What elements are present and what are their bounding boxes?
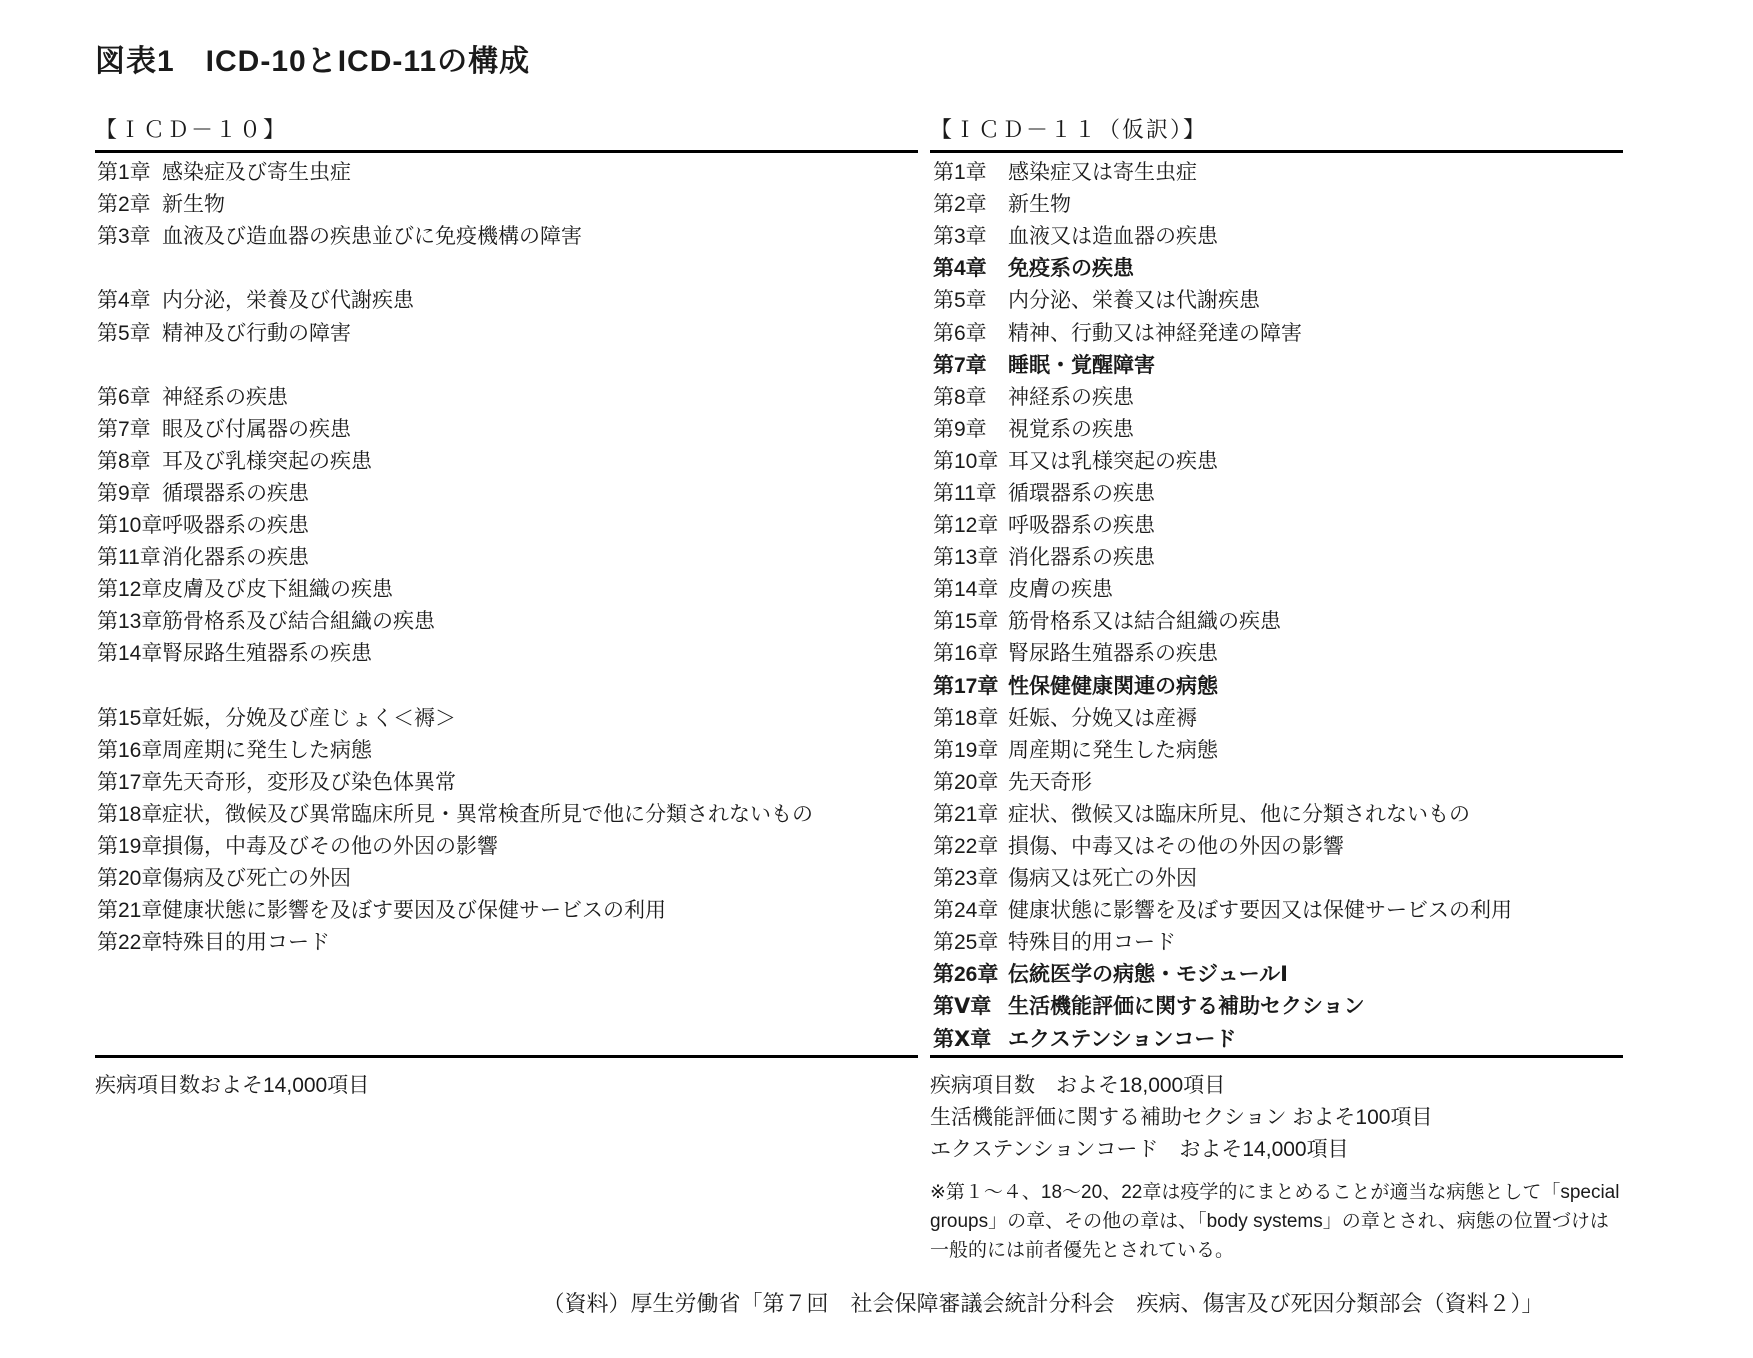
chapter-number: 第23章	[933, 862, 1008, 892]
chapter-row: 第23章傷病又は死亡の外因	[933, 861, 1623, 893]
chapter-number: 第3章	[97, 220, 162, 250]
chapter-title: エクステンションコード	[1008, 1023, 1623, 1053]
icd10-item-count: 疾病項目数およそ14,000項目	[95, 1070, 918, 1102]
chapter-title: 内分泌，栄養及び代謝疾患	[162, 284, 918, 314]
chapter-title: 耳又は乳様突起の疾患	[1008, 445, 1623, 475]
chapter-title: 伝統医学の病態・モジュールⅠ	[1008, 958, 1623, 988]
chapter-title: 周産期に発生した病態	[1008, 734, 1623, 764]
chapter-number: 第14章	[933, 573, 1008, 603]
chapter-title: 筋骨格系及び結合組織の疾患	[162, 605, 918, 635]
chapter-row: 第3章血液及び造血器の疾患並びに免疫機構の障害	[97, 219, 918, 251]
chapter-row: 第11章消化器系の疾患	[97, 540, 918, 572]
chapter-title: 性保健健康関連の病態	[1008, 670, 1623, 700]
chapter-row: 第10章呼吸器系の疾患	[97, 508, 918, 540]
chapter-title: 症状，徴候及び異常臨床所見・異常検査所見で他に分類されないもの	[162, 798, 918, 828]
chapter-number: 第3章	[933, 220, 1008, 250]
chapter-row: 第21章症状、徴候又は臨床所見、他に分類されないもの	[933, 797, 1623, 829]
chapter-row: 第13章筋骨格系及び結合組織の疾患	[97, 604, 918, 636]
chapter-row: 第14章皮膚の疾患	[933, 572, 1623, 604]
chapter-number: 第15章	[933, 605, 1008, 635]
chapter-number: 第20章	[933, 766, 1008, 796]
chapter-number: 第1章	[97, 156, 162, 186]
chapter-row: 第9章視覚系の疾患	[933, 412, 1623, 444]
chapter-title: 健康状態に影響を及ぼす要因又は保健サービスの利用	[1008, 894, 1623, 924]
chapter-number: 第20章	[97, 862, 162, 892]
chapter-row: 第10章耳又は乳様突起の疾患	[933, 444, 1623, 476]
chapter-row: 第5章精神及び行動の障害	[97, 315, 918, 347]
chapter-title: 新生物	[162, 188, 918, 218]
chapter-title: 視覚系の疾患	[1008, 413, 1623, 443]
chapter-number: 第12章	[933, 509, 1008, 539]
chapter-title: 感染症及び寄生虫症	[162, 156, 918, 186]
chapter-row: 第9章循環器系の疾患	[97, 476, 918, 508]
chapter-row: 第26章伝統医学の病態・モジュールⅠ	[933, 957, 1623, 989]
item-count-line: 疾病項目数 およそ18,000項目	[930, 1070, 1623, 1102]
chapter-title: 神経系の疾患	[162, 381, 918, 411]
chapter-row: 第21章健康状態に影響を及ぼす要因及び保健サービスの利用	[97, 893, 918, 925]
chapter-title: 症状、徴候又は臨床所見、他に分類されないもの	[1008, 798, 1623, 828]
page-title: 図表1 ICD-10とICD-11の構成	[95, 36, 530, 80]
chapter-number: 第7章	[97, 413, 162, 443]
chapter-number: 第22章	[97, 926, 162, 956]
chapter-number: 第19章	[97, 830, 162, 860]
chapter-row: 第16章周産期に発生した病態	[97, 733, 918, 765]
chapter-row: 第25章特殊目的用コード	[933, 925, 1623, 957]
chapter-title: 皮膚の疾患	[1008, 573, 1623, 603]
chapter-row: 第16章腎尿路生殖器系の疾患	[933, 636, 1623, 668]
chapter-title: 睡眠・覚醒障害	[1008, 349, 1623, 379]
chapter-number: 第10章	[97, 509, 162, 539]
item-count-line: 生活機能評価に関する補助セクション およそ100項目	[930, 1102, 1623, 1134]
chapter-row: 第19章周産期に発生した病態	[933, 733, 1623, 765]
chapter-title: 健康状態に影響を及ぼす要因及び保健サービスの利用	[162, 894, 918, 924]
chapter-row: 第Ⅴ章生活機能評価に関する補助セクション	[933, 989, 1623, 1021]
chapter-number: 第21章	[933, 798, 1008, 828]
chapter-number: 第Ⅹ章	[933, 1023, 1008, 1053]
chapter-title: 循環器系の疾患	[1008, 477, 1623, 507]
chapter-title: 妊娠，分娩及び産じょく＜褥＞	[162, 702, 918, 732]
chapter-number: 第15章	[97, 702, 162, 732]
chapter-title: 神経系の疾患	[1008, 381, 1623, 411]
chapter-number: 第12章	[97, 573, 162, 603]
chapter-number: 第8章	[97, 445, 162, 475]
chapter-title: 損傷，中毒及びその他の外因の影響	[162, 830, 918, 860]
chapter-number: 第22章	[933, 830, 1008, 860]
chapter-number: 第11章	[933, 477, 1008, 507]
chapter-number: 第16章	[933, 637, 1008, 667]
chapter-number: 第2章	[933, 188, 1008, 218]
chapter-title: 皮膚及び皮下組織の疾患	[162, 573, 918, 603]
chapter-title: 損傷、中毒又はその他の外因の影響	[1008, 830, 1623, 860]
chapter-number: 第8章	[933, 381, 1008, 411]
chapter-number: 第26章	[933, 958, 1008, 988]
chapter-title: 腎尿路生殖器系の疾患	[1008, 637, 1623, 667]
chapter-number: 第17章	[97, 766, 162, 796]
chapter-title: 耳及び乳様突起の疾患	[162, 445, 918, 475]
chapter-number: 第5章	[97, 317, 162, 347]
chapter-row: 第22章損傷、中毒又はその他の外因の影響	[933, 829, 1623, 861]
chapter-number: 第5章	[933, 284, 1008, 314]
chapter-title: 先天奇形，変形及び染色体異常	[162, 766, 918, 796]
chapter-row: 第20章先天奇形	[933, 765, 1623, 797]
icd11-column-header: 【ＩＣＤ－１１（仮訳）】	[930, 109, 1623, 150]
chapter-title: 血液及び造血器の疾患並びに免疫機構の障害	[162, 220, 918, 250]
chapter-title: 新生物	[1008, 188, 1623, 218]
chapter-number: 第19章	[933, 734, 1008, 764]
icd11-column: 【ＩＣＤ－１１（仮訳）】 第1章感染症又は寄生虫症第2章新生物第3章血液又は造血…	[930, 109, 1623, 1265]
chapter-number: 第18章	[97, 798, 162, 828]
icd10-column: 【ＩＣＤ－１０】 第1章感染症及び寄生虫症第2章新生物第3章血液及び造血器の疾患…	[95, 109, 918, 1102]
chapter-title: 妊娠、分娩又は産褥	[1008, 702, 1623, 732]
chapter-row: 第19章損傷，中毒及びその他の外因の影響	[97, 829, 918, 861]
chapter-number: 第14章	[97, 637, 162, 667]
chapter-number: 第24章	[933, 894, 1008, 924]
chapter-row: 第1章感染症及び寄生虫症	[97, 155, 918, 187]
chapter-title: 傷病又は死亡の外因	[1008, 862, 1623, 892]
chapter-title: 血液又は造血器の疾患	[1008, 220, 1623, 250]
chapter-row: 第5章内分泌、栄養又は代謝疾患	[933, 283, 1623, 315]
chapter-number: 第9章	[933, 413, 1008, 443]
chapter-number: 第4章	[97, 284, 162, 314]
chapter-row: 第1章感染症又は寄生虫症	[933, 155, 1623, 187]
chapter-row: 第17章性保健健康関連の病態	[933, 669, 1623, 701]
chapter-number: 第7章	[933, 349, 1008, 379]
chapter-title: 循環器系の疾患	[162, 477, 918, 507]
chapter-title: 傷病及び死亡の外因	[162, 862, 918, 892]
chapter-row: 第14章腎尿路生殖器系の疾患	[97, 636, 918, 668]
chapter-row: 第15章妊娠，分娩及び産じょく＜褥＞	[97, 701, 918, 733]
chapter-row: 第8章耳及び乳様突起の疾患	[97, 444, 918, 476]
chapter-row: 第17章先天奇形，変形及び染色体異常	[97, 765, 918, 797]
chapter-title: 感染症又は寄生虫症	[1008, 156, 1623, 186]
chapter-row: 第6章神経系の疾患	[97, 380, 918, 412]
chapter-row: 第22章特殊目的用コード	[97, 925, 918, 957]
chapter-number: 第4章	[933, 252, 1008, 282]
item-count-line: エクステンションコード およそ14,000項目	[930, 1134, 1623, 1166]
chapter-row: 第3章血液又は造血器の疾患	[933, 219, 1623, 251]
chapter-title: 筋骨格系又は結合組織の疾患	[1008, 605, 1623, 635]
chapter-number: 第17章	[933, 670, 1008, 700]
chapter-number: 第9章	[97, 477, 162, 507]
chapter-row: 第7章睡眠・覚醒障害	[933, 348, 1623, 380]
chapter-title: 消化器系の疾患	[1008, 541, 1623, 571]
chapter-row: 第24章健康状態に影響を及ぼす要因又は保健サービスの利用	[933, 893, 1623, 925]
chapter-number: 第6章	[97, 381, 162, 411]
chapter-row: 第4章内分泌，栄養及び代謝疾患	[97, 283, 918, 315]
chapter-title: 先天奇形	[1008, 766, 1623, 796]
chapter-row: 第12章呼吸器系の疾患	[933, 508, 1623, 540]
icd11-chapter-list: 第1章感染症又は寄生虫症第2章新生物第3章血液又は造血器の疾患第4章免疫系の疾患…	[930, 150, 1623, 1058]
chapter-number: 第6章	[933, 317, 1008, 347]
chapter-row: 第20章傷病及び死亡の外因	[97, 861, 918, 893]
chapter-number: 第13章	[97, 605, 162, 635]
icd10-column-header: 【ＩＣＤ－１０】	[95, 109, 918, 150]
chapter-row: 第2章新生物	[97, 187, 918, 219]
chapter-row: 第11章循環器系の疾患	[933, 476, 1623, 508]
chapter-title: 内分泌、栄養又は代謝疾患	[1008, 284, 1623, 314]
chapter-number: 第10章	[933, 445, 1008, 475]
chapter-number: 第1章	[933, 156, 1008, 186]
icd11-footnote: ※第１～４、18～20、22章は疫学的にまとめることが適当な病態として「spec…	[930, 1178, 1623, 1265]
chapter-row: 第18章症状，徴候及び異常臨床所見・異常検査所見で他に分類されないもの	[97, 797, 918, 829]
chapter-row: 第7章眼及び付属器の疾患	[97, 412, 918, 444]
chapter-number: 第18章	[933, 702, 1008, 732]
chapter-title: 消化器系の疾患	[162, 541, 918, 571]
chapter-row: 第4章免疫系の疾患	[933, 251, 1623, 283]
chapter-row: 第15章筋骨格系又は結合組織の疾患	[933, 604, 1623, 636]
chapter-number: 第25章	[933, 926, 1008, 956]
chapter-number: 第Ⅴ章	[933, 990, 1008, 1020]
chapter-row: 第6章精神、行動又は神経発達の障害	[933, 315, 1623, 347]
icd11-item-counts: 疾病項目数 およそ18,000項目生活機能評価に関する補助セクション およそ10…	[930, 1070, 1623, 1166]
chapter-title: 腎尿路生殖器系の疾患	[162, 637, 918, 667]
chapter-title: 眼及び付属器の疾患	[162, 413, 918, 443]
chapter-title: 周産期に発生した病態	[162, 734, 918, 764]
source-citation: （資料）厚生労働省「第７回 社会保障審議会統計分科会 疾病、傷害及び死因分類部会…	[443, 1287, 1643, 1318]
chapter-row: 第18章妊娠、分娩又は産褥	[933, 701, 1623, 733]
chapter-title: 呼吸器系の疾患	[162, 509, 918, 539]
chapter-number: 第11章	[97, 541, 162, 571]
chapter-number: 第21章	[97, 894, 162, 924]
chapter-title: 免疫系の疾患	[1008, 252, 1623, 282]
chapter-number: 第16章	[97, 734, 162, 764]
icd10-chapter-list: 第1章感染症及び寄生虫症第2章新生物第3章血液及び造血器の疾患並びに免疫機構の障…	[95, 150, 918, 1058]
chapter-title: 呼吸器系の疾患	[1008, 509, 1623, 539]
chapter-title: 特殊目的用コード	[162, 926, 918, 956]
chapter-row: 第2章新生物	[933, 187, 1623, 219]
chapter-row: 第Ⅹ章エクステンションコード	[933, 1022, 1623, 1054]
chapter-row: 第8章神経系の疾患	[933, 380, 1623, 412]
chapter-title: 精神、行動又は神経発達の障害	[1008, 317, 1623, 347]
chapter-row: 第12章皮膚及び皮下組織の疾患	[97, 572, 918, 604]
chapter-title: 生活機能評価に関する補助セクション	[1008, 990, 1623, 1020]
chapter-number: 第2章	[97, 188, 162, 218]
chapter-title: 精神及び行動の障害	[162, 317, 918, 347]
chapter-number: 第13章	[933, 541, 1008, 571]
chapter-row: 第13章消化器系の疾患	[933, 540, 1623, 572]
chapter-title: 特殊目的用コード	[1008, 926, 1623, 956]
